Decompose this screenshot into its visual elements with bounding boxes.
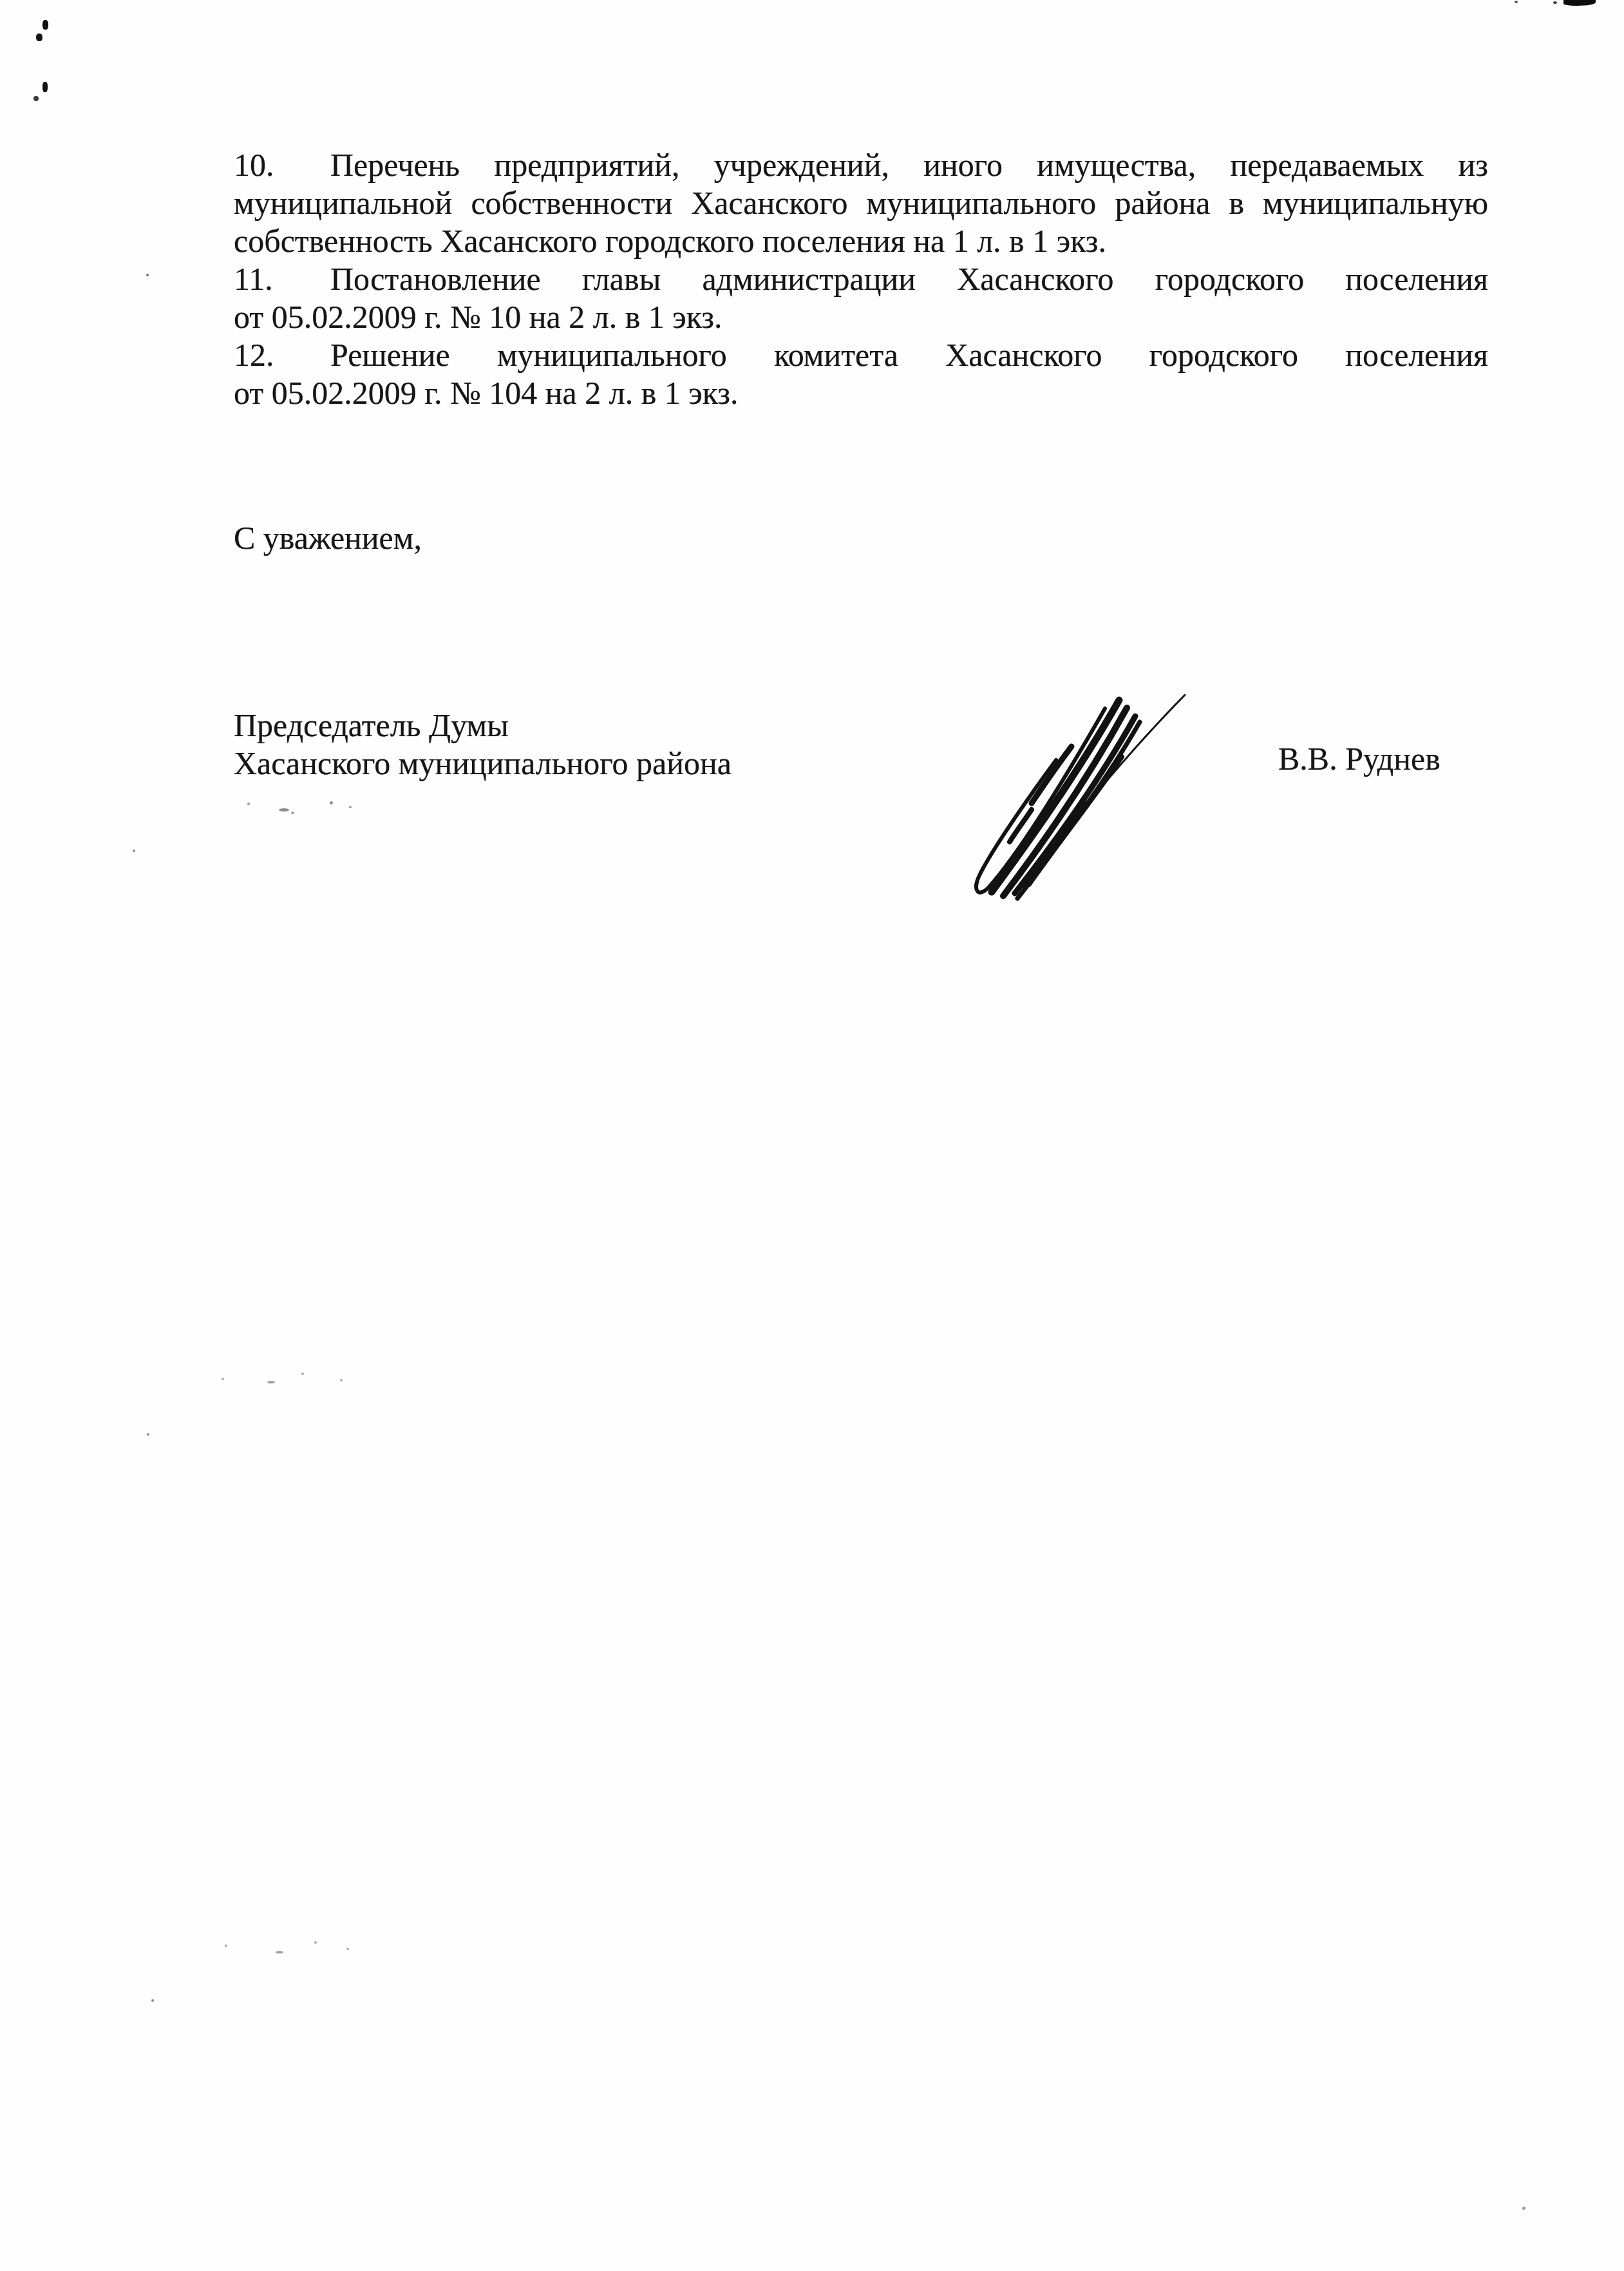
scan-speck [42,82,48,92]
signer-title-line-2: Хасанского муниципального района [234,745,732,783]
scan-speck [222,1378,224,1380]
signer-name: В.В. Руднев [1278,740,1440,778]
scan-speck [33,96,39,101]
scan-speck [314,1941,317,1944]
scan-speck [147,1433,149,1436]
scan-speck [349,806,352,808]
item-12-number: 12. [234,336,330,374]
scan-speck [146,274,149,276]
scanned-letter-page: 10. Перечень предприятий, учреждений, ин… [0,0,1624,2271]
scan-speck [133,850,135,852]
scan-speck [340,1379,343,1382]
scan-speck [330,801,333,804]
scan-speck [1515,1,1518,3]
item-11-line-1: Постановление главы администрации Хасанс… [330,260,1488,298]
closing-salutation: С уважением, [234,519,422,557]
item-10-line-3: собственность Хасанского городского посе… [234,222,1106,260]
item-12-line-1: Решение муниципального комитета Хасанско… [330,336,1488,374]
scan-speck [1563,0,1596,6]
scan-speck [276,1951,283,1953]
item-11-line-2: от 05.02.2009 г. № 10 на 2 л. в 1 экз. [234,298,722,336]
scan-speck [36,33,42,41]
item-10-line-2: муниципальной собственности Хасанского м… [234,184,1488,222]
item-12-line-2: от 05.02.2009 г. № 104 на 2 л. в 1 экз. [234,374,739,412]
scan-speck [301,1373,304,1375]
scan-speck [279,808,289,812]
scan-speck [1522,2207,1525,2210]
scan-speck [151,1999,154,2002]
scan-speck [267,1381,275,1383]
signer-title-line-1: Председатель Думы [234,707,509,745]
scan-speck [346,1948,349,1950]
signature-scribble [953,679,1198,905]
item-10-line-1: Перечень предприятий, учреждений, иного … [330,146,1488,184]
scan-speck [291,812,294,814]
item-11-number: 11. [234,260,330,298]
scan-speck [1553,1,1557,4]
scan-speck [225,1944,227,1947]
scan-speck [42,20,48,30]
item-10-number: 10. [234,146,330,184]
scan-speck [247,803,250,805]
